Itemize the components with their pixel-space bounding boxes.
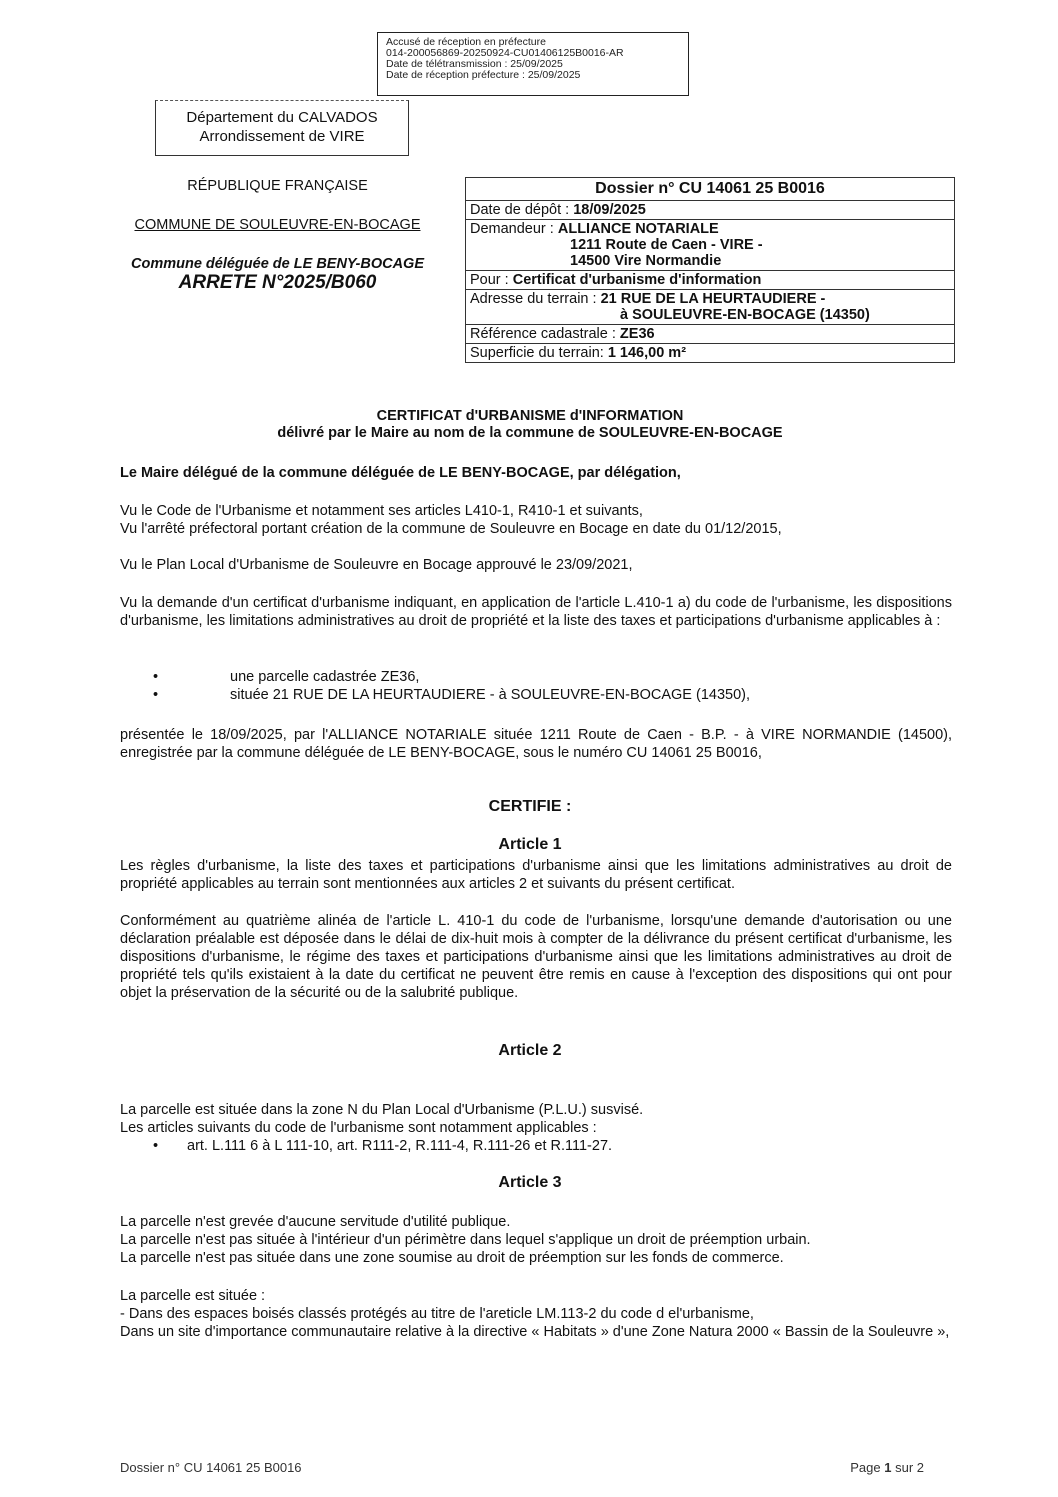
article-1-paragraph-1: Les règles d'urbanisme, la liste des tax… xyxy=(120,857,952,893)
land-area-label: Superficie du terrain: xyxy=(470,345,608,361)
certificate-subtitle: délivré par le Maire au nom de la commun… xyxy=(100,425,960,442)
parcel-bullet-list: une parcelle cadastrée ZE36, située 21 R… xyxy=(120,668,952,704)
applicant-row: Demandeur : ALLIANCE NOTARIALE 1211 Rout… xyxy=(466,220,954,271)
cadastral-ref-label: Référence cadastrale : xyxy=(470,326,620,342)
cadastral-ref-row: Référence cadastrale : ZE36 xyxy=(466,325,954,344)
republic-heading: RÉPUBLIQUE FRANÇAISE xyxy=(105,178,450,194)
prefecture-receipt-stamp: Accusé de réception en préfecture 014-20… xyxy=(377,32,689,96)
certificate-title: CERTIFICAT d'URBANISME d'INFORMATION xyxy=(100,408,960,425)
dossier-number: Dossier n° CU 14061 25 B0016 xyxy=(466,178,954,201)
commune-heading: COMMUNE DE SOULEUVRE-EN-BOCAGE xyxy=(105,217,450,233)
land-address-row: Adresse du terrain : 21 RUE DE LA HEURTA… xyxy=(466,290,954,325)
article-3-line: Dans un site d'importance communautaire … xyxy=(120,1323,952,1341)
article-3-line: - Dans des espaces boisés classés protég… xyxy=(120,1305,952,1323)
list-item: art. L.111 6 à L 111-10, art. R111-2, R.… xyxy=(120,1137,952,1155)
article-3-line: La parcelle n'est grevée d'aucune servit… xyxy=(120,1213,952,1231)
article-3-line: La parcelle est située : xyxy=(120,1287,952,1305)
legal-basis-3: Vu le Plan Local d'Urbanisme de Souleuvr… xyxy=(120,556,952,574)
applicant-address-1: 1211 Route de Caen - VIRE - xyxy=(570,237,763,253)
department-name: Département du CALVADOS xyxy=(156,108,408,127)
page-prefix: Page xyxy=(850,1460,884,1475)
purpose-label: Pour : xyxy=(470,272,513,288)
land-area-value: 1 146,00 m² xyxy=(608,345,686,361)
legal-basis-1: Vu le Code de l'Urbanisme et notamment s… xyxy=(120,502,952,520)
land-address-label: Adresse du terrain : xyxy=(470,291,601,307)
certifie-heading: CERTIFIE : xyxy=(100,798,960,816)
dossier-info-table: Dossier n° CU 14061 25 B0016 Date de dép… xyxy=(465,177,955,363)
applicant-name: ALLIANCE NOTARIALE xyxy=(558,221,719,237)
article-1-paragraph-2: Conformément au quatrième alinéa de l'ar… xyxy=(120,912,952,1002)
applicant-address-2: 14500 Vire Normandie xyxy=(570,253,721,269)
page-indicator: Page 1 sur 2 xyxy=(850,1460,924,1475)
applicant-label: Demandeur : xyxy=(470,221,558,237)
article-3-heading: Article 3 xyxy=(100,1174,960,1192)
article-3-servitudes: La parcelle n'est grevée d'aucune servit… xyxy=(120,1213,952,1267)
article-1-heading: Article 1 xyxy=(100,836,960,854)
deposit-date-label: Date de dépôt : xyxy=(470,202,573,218)
arrondissement-name: Arrondissement de VIRE xyxy=(156,127,408,146)
article-2-applicable: Les articles suivants du code de l'urban… xyxy=(120,1119,952,1137)
article-3-line: La parcelle n'est pas située dans une zo… xyxy=(120,1249,952,1267)
legal-basis-2: Vu l'arrêté préfectoral portant création… xyxy=(120,520,952,538)
list-item: située 21 RUE DE LA HEURTAUDIERE - à SOU… xyxy=(120,686,952,704)
page-total: sur 2 xyxy=(891,1460,924,1475)
article-3-location: La parcelle est située : - Dans des espa… xyxy=(120,1287,952,1341)
purpose-value: Certificat d'urbanisme d'information xyxy=(513,272,762,288)
mayor-statement: Le Maire délégué de la commune déléguée … xyxy=(120,464,952,482)
request-statement: Vu la demande d'un certificat d'urbanism… xyxy=(120,594,952,630)
land-area-row: Superficie du terrain: 1 146,00 m² xyxy=(466,344,954,362)
department-box: Département du CALVADOS Arrondissement d… xyxy=(155,100,409,156)
land-address-line2: à SOULEUVRE-EN-BOCAGE (14350) xyxy=(620,307,870,323)
purpose-row: Pour : Certificat d'urbanisme d'informat… xyxy=(466,271,954,290)
presented-statement: présentée le 18/09/2025, par l'ALLIANCE … xyxy=(120,726,952,762)
deposit-date-row: Date de dépôt : 18/09/2025 xyxy=(466,201,954,220)
decree-number: ARRETE N°2025/B060 xyxy=(105,272,450,294)
article-2-heading: Article 2 xyxy=(100,1042,960,1060)
certificate-title-block: CERTIFICAT d'URBANISME d'INFORMATION dél… xyxy=(100,408,960,442)
land-address-line1: 21 RUE DE LA HEURTAUDIERE - xyxy=(601,291,826,307)
legal-basis-block: Vu le Code de l'Urbanisme et notamment s… xyxy=(120,502,952,538)
article-2-bullet-list: art. L.111 6 à L 111-10, art. R111-2, R.… xyxy=(120,1137,952,1155)
list-item: une parcelle cadastrée ZE36, xyxy=(120,668,952,686)
cadastral-ref-value: ZE36 xyxy=(620,326,655,342)
article-2-text: La parcelle est située dans la zone N du… xyxy=(120,1101,952,1137)
stamp-line: Date de réception préfecture : 25/09/202… xyxy=(386,70,680,81)
footer-dossier-number: Dossier n° CU 14061 25 B0016 xyxy=(120,1460,302,1475)
article-3-line: La parcelle n'est pas située à l'intérie… xyxy=(120,1231,952,1249)
article-2-zone: La parcelle est située dans la zone N du… xyxy=(120,1101,952,1119)
deposit-date-value: 18/09/2025 xyxy=(573,202,646,218)
delegated-commune: Commune déléguée de LE BENY-BOCAGE xyxy=(105,256,450,272)
